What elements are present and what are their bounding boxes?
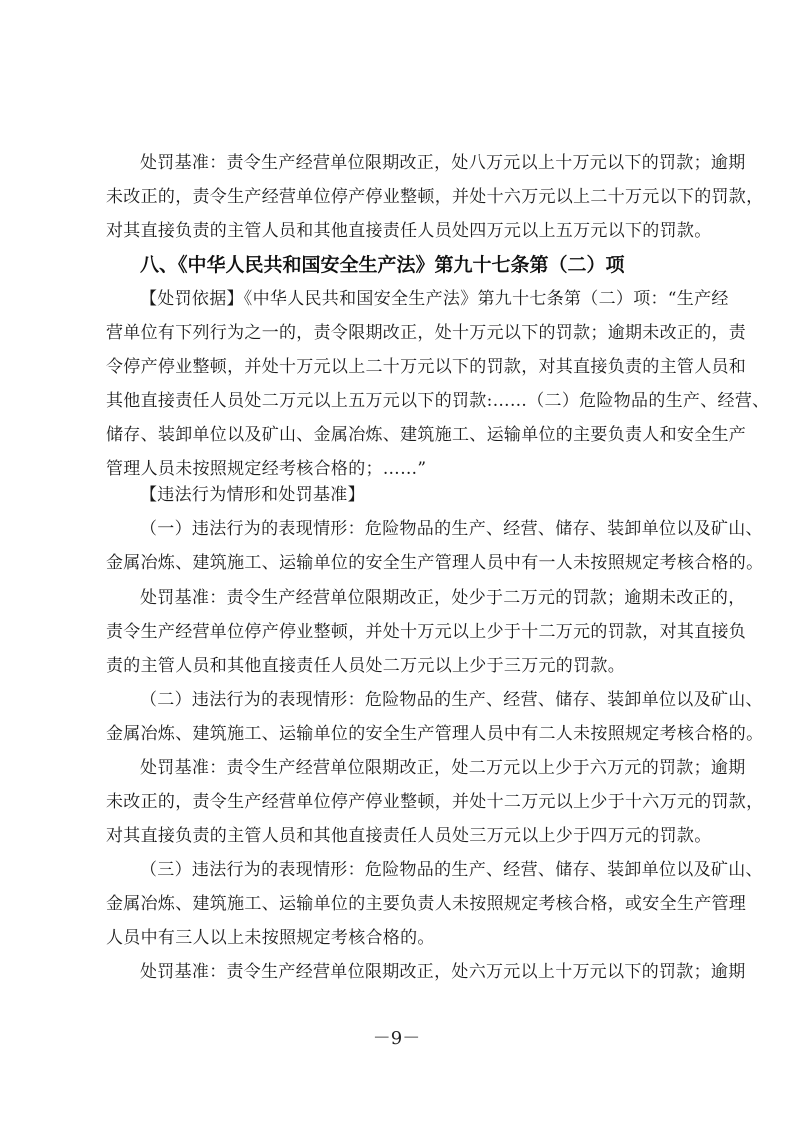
paragraph-line: 【处罚依据】《中华人民共和国安全生产法》第九十七条第（二）项：“生产经 <box>140 289 690 309</box>
situation-line: （一）违法行为的表现情形：危险物品的生产、经营、储存、装卸单位以及矿山、 <box>140 519 690 539</box>
paragraph-line: 管理人员未按照规定经考核合格的；……” <box>106 459 690 479</box>
paragraph-line: 未改正的，责令生产经营单位停产停业整顿，并处十六万元以上二十万元以下的罚款， <box>106 187 690 207</box>
penalty-line: 责的主管人员和其他直接责任人员处二万元以上少于三万元的罚款。 <box>106 656 690 676</box>
penalty-line: 对其直接负责的主管人员和其他直接责任人员处三万元以上少于四万元的罚款。 <box>106 826 690 846</box>
situation-line: 金属冶炼、建筑施工、运输单位的安全生产管理人员中有一人未按照规定考核合格的。 <box>106 553 690 573</box>
penalty-line: 处罚基准：责令生产经营单位限期改正，处六万元以上十万元以下的罚款；逾期 <box>140 962 690 982</box>
document-page: 处罚基准：责令生产经营单位限期改正，处八万元以上十万元以下的罚款；逾期 未改正的… <box>0 0 793 1122</box>
paragraph-line: 营单位有下列行为之一的，责令限期改正，处十万元以下的罚款；逾期未改正的，责 <box>106 323 690 343</box>
situation-line: 金属冶炼、建筑施工、运输单位的主要负责人未按照规定考核合格，或安全生产管理 <box>106 894 690 914</box>
page-number: －9－ <box>0 1028 793 1050</box>
subheading: 【违法行为情形和处罚基准】 <box>140 485 690 505</box>
situation-line: （三）违法行为的表现情形：危险物品的生产、经营、储存、装卸单位以及矿山、 <box>140 860 690 880</box>
paragraph-line: 对其直接负责的主管人员和其他直接责任人员处四万元以上五万元以下的罚款。 <box>106 221 690 241</box>
paragraph-line: 其他直接责任人员处二万元以上五万元以下的罚款:……（二）危险物品的生产、经营、 <box>106 391 690 411</box>
paragraph-line: 储存、装卸单位以及矿山、金属冶炼、建筑施工、运输单位的主要负责人和安全生产 <box>106 425 690 445</box>
penalty-line: 处罚基准：责令生产经营单位限期改正，处少于二万元的罚款；逾期未改正的， <box>140 588 690 608</box>
situation-line: 金属冶炼、建筑施工、运输单位的安全生产管理人员中有二人未按照规定考核合格的。 <box>106 724 690 744</box>
penalty-line: 未改正的，责令生产经营单位停产停业整顿，并处十二万元以上少于十六万元的罚款， <box>106 792 690 812</box>
paragraph-line: 处罚基准：责令生产经营单位限期改正，处八万元以上十万元以下的罚款；逾期 <box>140 153 690 173</box>
paragraph-line: 令停产停业整顿，并处十万元以上二十万元以下的罚款，对其直接负责的主管人员和 <box>106 357 690 377</box>
penalty-line: 处罚基准：责令生产经营单位限期改正，处二万元以上少于六万元的罚款；逾期 <box>140 758 690 778</box>
situation-line: 人员中有三人以上未按照规定考核合格的。 <box>106 928 690 948</box>
section-heading: 八、《中华人民共和国安全生产法》第九十七条第（二）项 <box>140 254 625 276</box>
penalty-line: 责令生产经营单位停产停业整顿，并处十万元以上少于十二万元的罚款，对其直接负 <box>106 622 690 642</box>
situation-line: （二）违法行为的表现情形：危险物品的生产、经营、储存、装卸单位以及矿山、 <box>140 690 690 710</box>
